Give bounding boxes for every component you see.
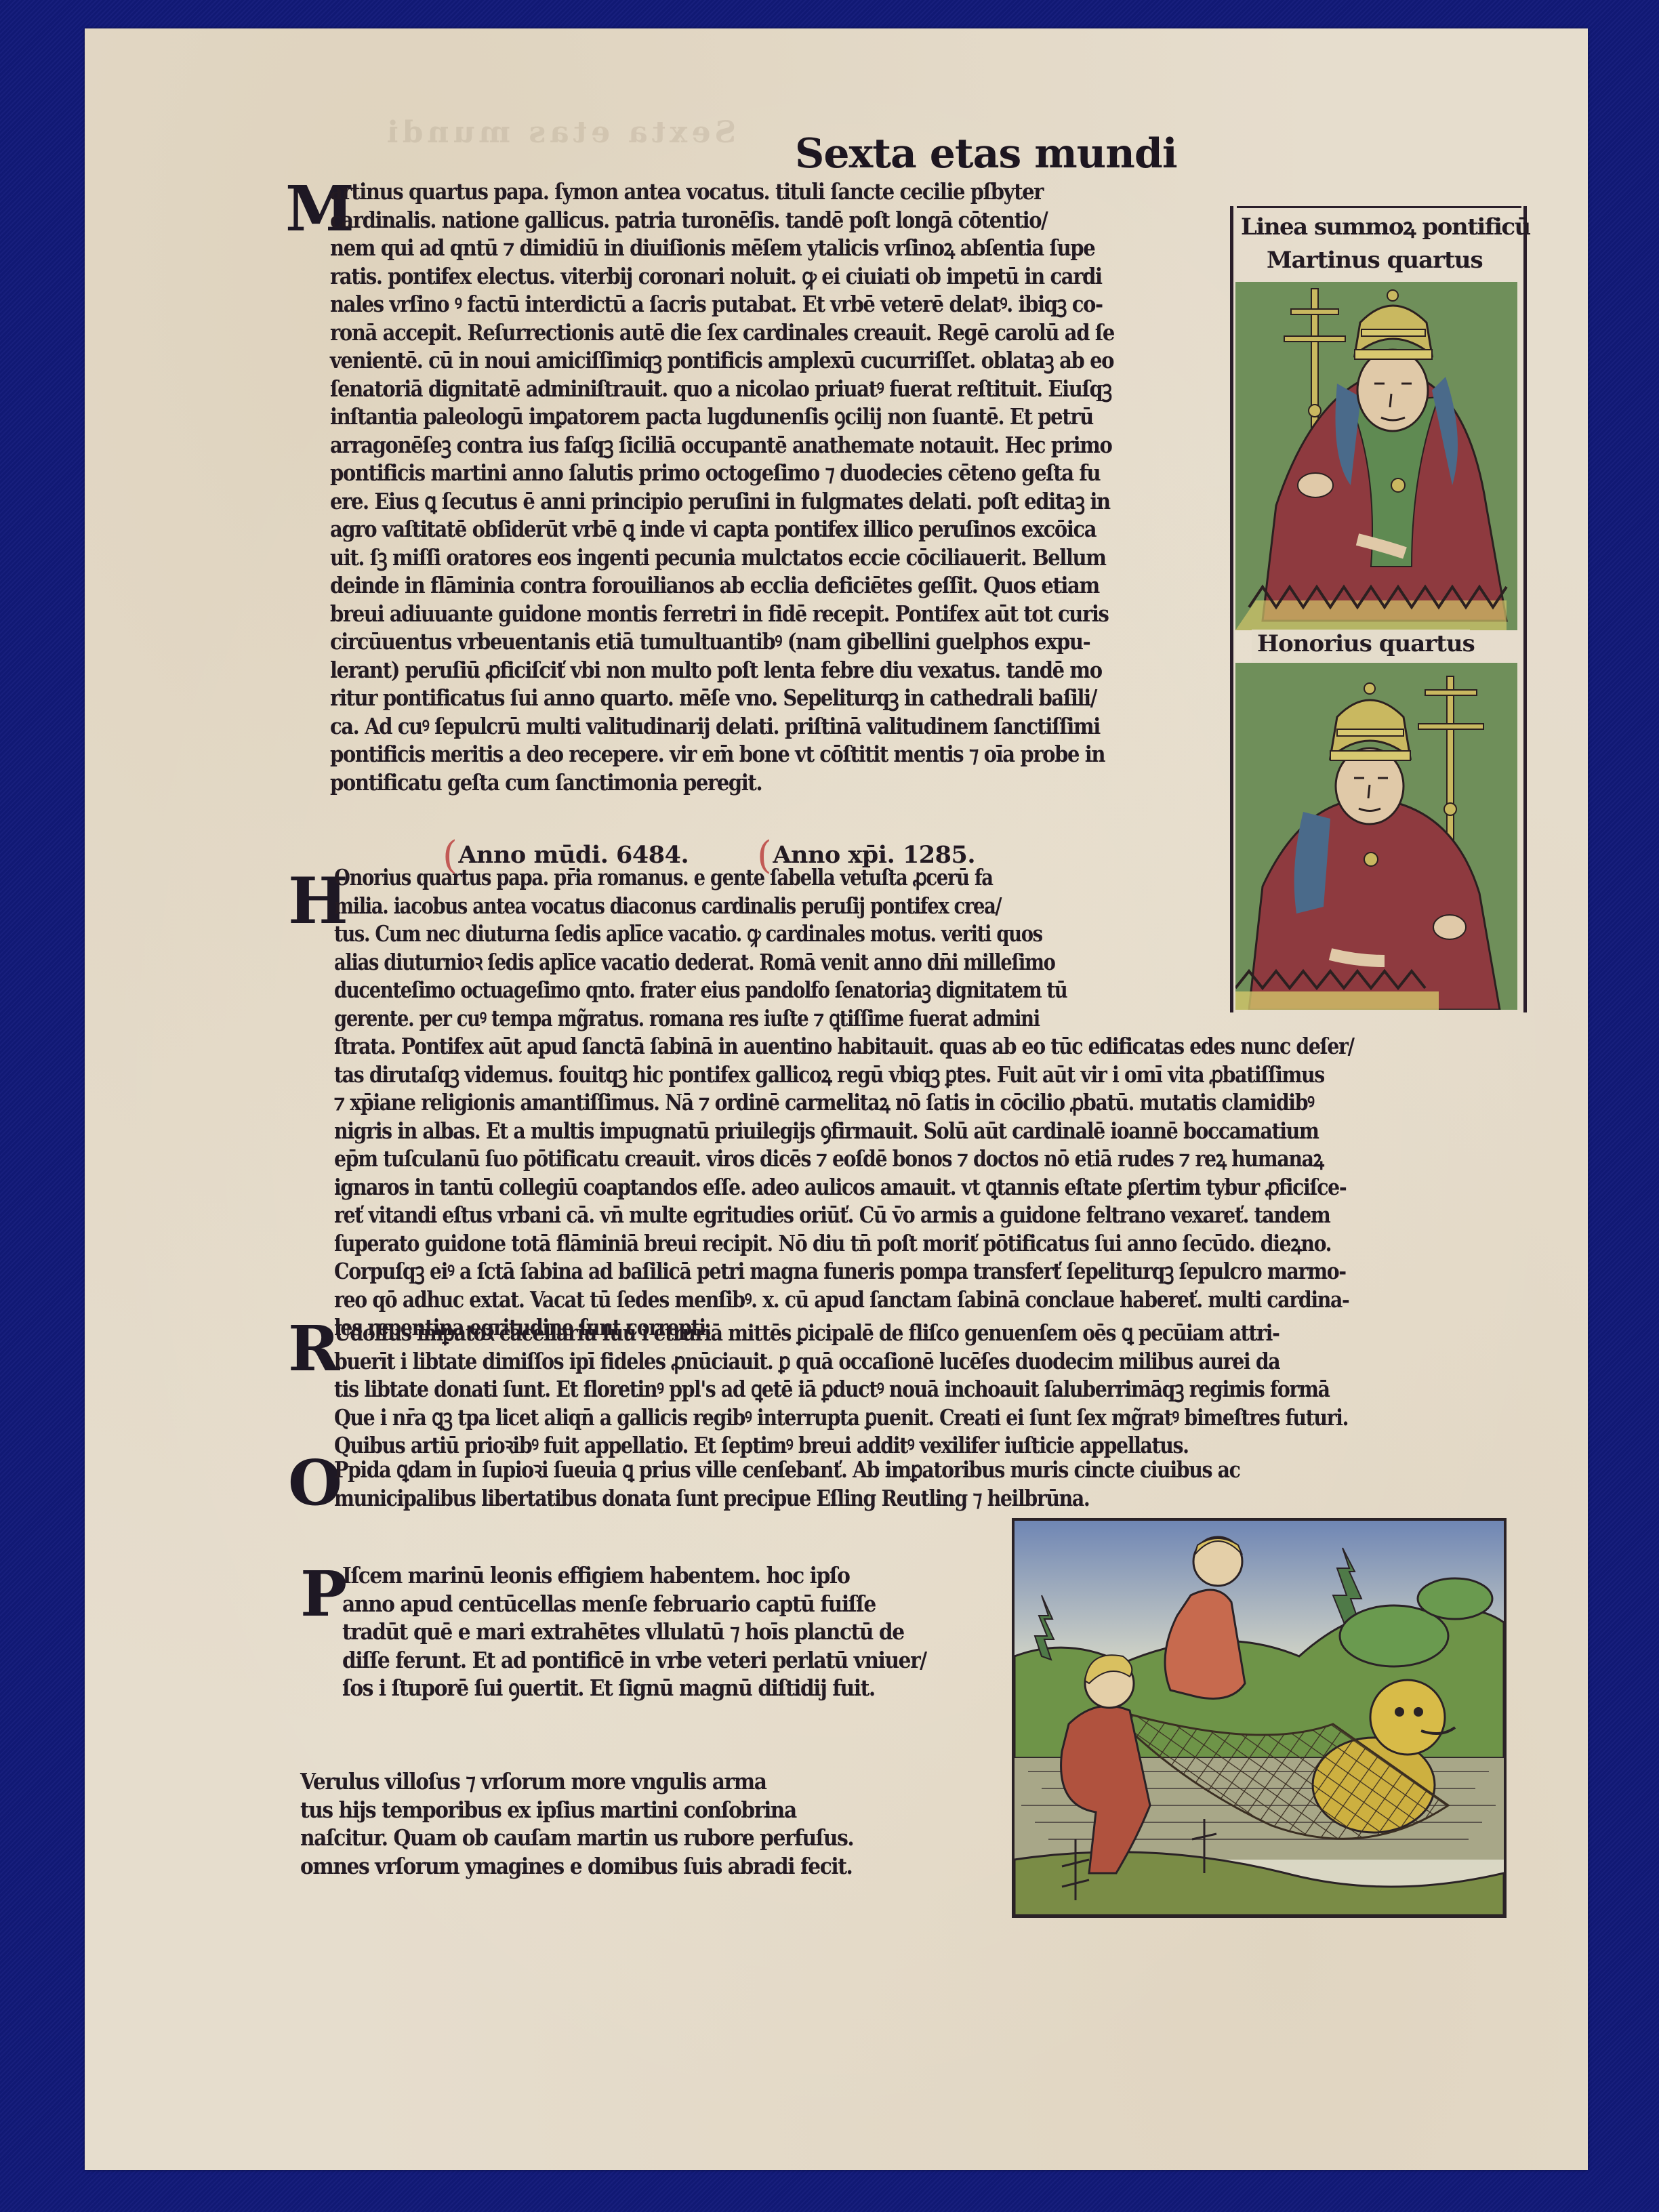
text-line: ratis. pontifex electus. viterbij corona… xyxy=(330,262,1118,291)
text-line: alias diuturnioꝛ ſedis aplīce vacatio de… xyxy=(334,948,1268,977)
lion-fish-netting-scene-icon xyxy=(1015,1521,1504,1915)
oppida-paragraph: Ppida ꝗdam in ſupioꝛi ſueuia ꝗ prius vil… xyxy=(334,1456,1473,1512)
text-line: ſuperato guidone totā flāminiā breui rec… xyxy=(334,1229,1302,1258)
text-line: circūuentus vrbeuentanis etiā tumultuant… xyxy=(330,628,1118,656)
text-line: ſtrata. Pontifex aūt apud ſanctā ſabinā … xyxy=(334,1032,1302,1061)
lineage-title: Linea summoꝝ pontificū xyxy=(1241,210,1530,241)
text-line: municipalibus libertatibus donata ſunt p… xyxy=(334,1484,1313,1513)
text-line: ſos i ſtuporē ſui ꝯuertit. Et ſignū magn… xyxy=(342,1674,891,1702)
text-line: pontificis martini anno ſalutis primo oc… xyxy=(330,459,1118,487)
text-line: pontificis meritis a deo recepere. vir e… xyxy=(330,740,1118,769)
martinus-portrait xyxy=(1235,282,1517,630)
honorius-portrait xyxy=(1235,663,1517,1010)
text-line: gerente. per cuꝰ tempa mg̃ratus. romana … xyxy=(334,1004,1268,1033)
text-line: tis libtate donati ſunt. Et floretinꝰ pp… xyxy=(334,1375,1313,1404)
text-line: buerīt i libtate dimiſſos ipī fideles ꝓn… xyxy=(334,1347,1313,1376)
text-line: ſenatoriā dignitatē adminiſtrauit. quo a… xyxy=(330,375,1118,403)
text-line: omnes vrſorum ymagines e domibus ſuis ab… xyxy=(300,1852,874,1881)
drop-cap-r: R xyxy=(288,1316,340,1381)
text-line: Iſcem marinū leonis effigiem habentem. h… xyxy=(342,1561,891,1590)
text-line: nales vrſino ꝰ factū interdictū a ſacris… xyxy=(330,290,1118,319)
text-line: anno apud centūcellas menſe februario ca… xyxy=(342,1590,891,1618)
text-line: ca. Ad cuꝰ ſepulcrū multi valitudinarij … xyxy=(330,712,1118,741)
text-line: ignaros in tantū collegiū coaptandos eſſ… xyxy=(334,1173,1302,1202)
martinus-paragraph: artinus quartus papa. ſymon antea vocatu… xyxy=(330,178,1225,796)
text-line: Ppida ꝗdam in ſupioꝛi ſueuia ꝗ prius vil… xyxy=(334,1456,1313,1484)
text-line: tus hijs temporibus ex ipſius martini co… xyxy=(300,1796,874,1824)
text-line: breui adiuuante guidone montis ferretri … xyxy=(330,600,1118,628)
running-head: Sexta etas mundi xyxy=(795,130,1177,178)
text-line: tas dirutaſqꝫ videmus. fouitqꝫ hic ponti… xyxy=(334,1061,1302,1089)
incunable-leaf: Sexta etas mundi Sexta etas mundi M arti… xyxy=(85,28,1588,2170)
text-line: ducenteſimo octuageſimo qnto. frater eiu… xyxy=(334,976,1268,1004)
text-line: diſſe ferunt. Et ad pontificē in vrbe ve… xyxy=(342,1646,891,1675)
text-line: Que i nr̄a ꝗꝫ tpa licet aliqn̄ a gallici… xyxy=(334,1404,1313,1432)
drop-cap-p: P xyxy=(300,1561,347,1626)
text-line: nem qui ad qntū ⁊ dimidiū in diuiſionis … xyxy=(330,234,1118,262)
verulus-paragraph: Verulus villoſus ⁊ vrſorum more vngulis … xyxy=(300,1767,937,1880)
text-line: tus. Cum nec diuturna ſedis aplīce vacat… xyxy=(334,920,1268,948)
text-line: Onorius quartus papa. pr̄ia romanus. e g… xyxy=(334,863,1268,892)
text-line: milia. iacobus antea vocatus diaconus ca… xyxy=(334,892,1268,920)
pope-name-martinus: Martinus quartus xyxy=(1267,247,1483,274)
text-line: Corpuſqꝫ eiꝰ a ſctā ſabina ad baſilicā p… xyxy=(334,1257,1302,1286)
text-line: ep̄m tuſculanū ſuo pōtificatu creauit. v… xyxy=(334,1145,1302,1173)
rudolfus-paragraph: Udolfus imꝑatoꝛ cācellariū ſuū i etruriā… xyxy=(334,1319,1473,1460)
text-line: deinde in flāminia contra forouilianos a… xyxy=(330,571,1118,600)
text-line: tradūt quē e mari extrahētes vllulatū ⁊ … xyxy=(342,1618,891,1646)
text-line: ritur pontificatus ſui anno quarto. mēſe… xyxy=(330,684,1118,712)
text-line: ronā accepit. Reſurrectionis autē die ſe… xyxy=(330,319,1118,347)
text-line: reo qō adhuc extat. Vacat tū ſedes menſi… xyxy=(334,1286,1302,1314)
text-line: reť vitandi eſtus vrbani cā. vn̄ multe e… xyxy=(334,1201,1302,1229)
text-line: nigris in albas. Et a multis impugnatū p… xyxy=(334,1117,1302,1145)
text-line: arragonēſeꝫ contra ius faſqꝫ ſiciliā occ… xyxy=(330,431,1118,459)
text-line: lerant) peruſiū ꝓficiſciť vbi non multo … xyxy=(330,656,1118,684)
text-line: venientē. cū in noui amiciſſimiqꝫ pontif… xyxy=(330,346,1118,375)
bleedthrough-text: Sexta etas mundi xyxy=(383,115,736,150)
fishing-woodcut xyxy=(1012,1518,1507,1918)
text-line: Verulus villoſus ⁊ vrſorum more vngulis … xyxy=(300,1767,874,1796)
text-line: inſtantia paleologū imꝑatorem pacta lugd… xyxy=(330,403,1118,431)
pope-woodcut-icon xyxy=(1235,282,1517,630)
text-line: Udolfus imꝑatoꝛ cācellariū ſuū i etruriā… xyxy=(334,1319,1313,1347)
text-line: agro vaſtitatē obſiderūt vrbē ꝗ inde vi … xyxy=(330,515,1118,544)
text-line: ere. Eius ꝗ ſecutus ē anni principio per… xyxy=(330,487,1118,516)
text-line: artinus quartus papa. ſymon antea vocatu… xyxy=(330,178,1118,206)
piscem-paragraph: Iſcem marinū leonis effigiem habentem. h… xyxy=(342,1561,952,1702)
text-line: uit. ſꝫ miſſi oratores eos ingenti pecun… xyxy=(330,544,1118,572)
text-line: cardinalis. natione gallicus. patria tur… xyxy=(330,206,1118,234)
text-line: pontificatu geſta cum ſanctimonia peregi… xyxy=(330,769,1118,797)
pope-name-honorius: Honorius quartus xyxy=(1257,630,1475,657)
text-line: naſcitur. Quam ob cauſam martin us rubor… xyxy=(300,1824,874,1852)
pope-woodcut-icon xyxy=(1235,663,1517,1010)
text-line: ⁊ xp̄iane religionis amantiſſimus. Nā ⁊ … xyxy=(334,1088,1302,1117)
